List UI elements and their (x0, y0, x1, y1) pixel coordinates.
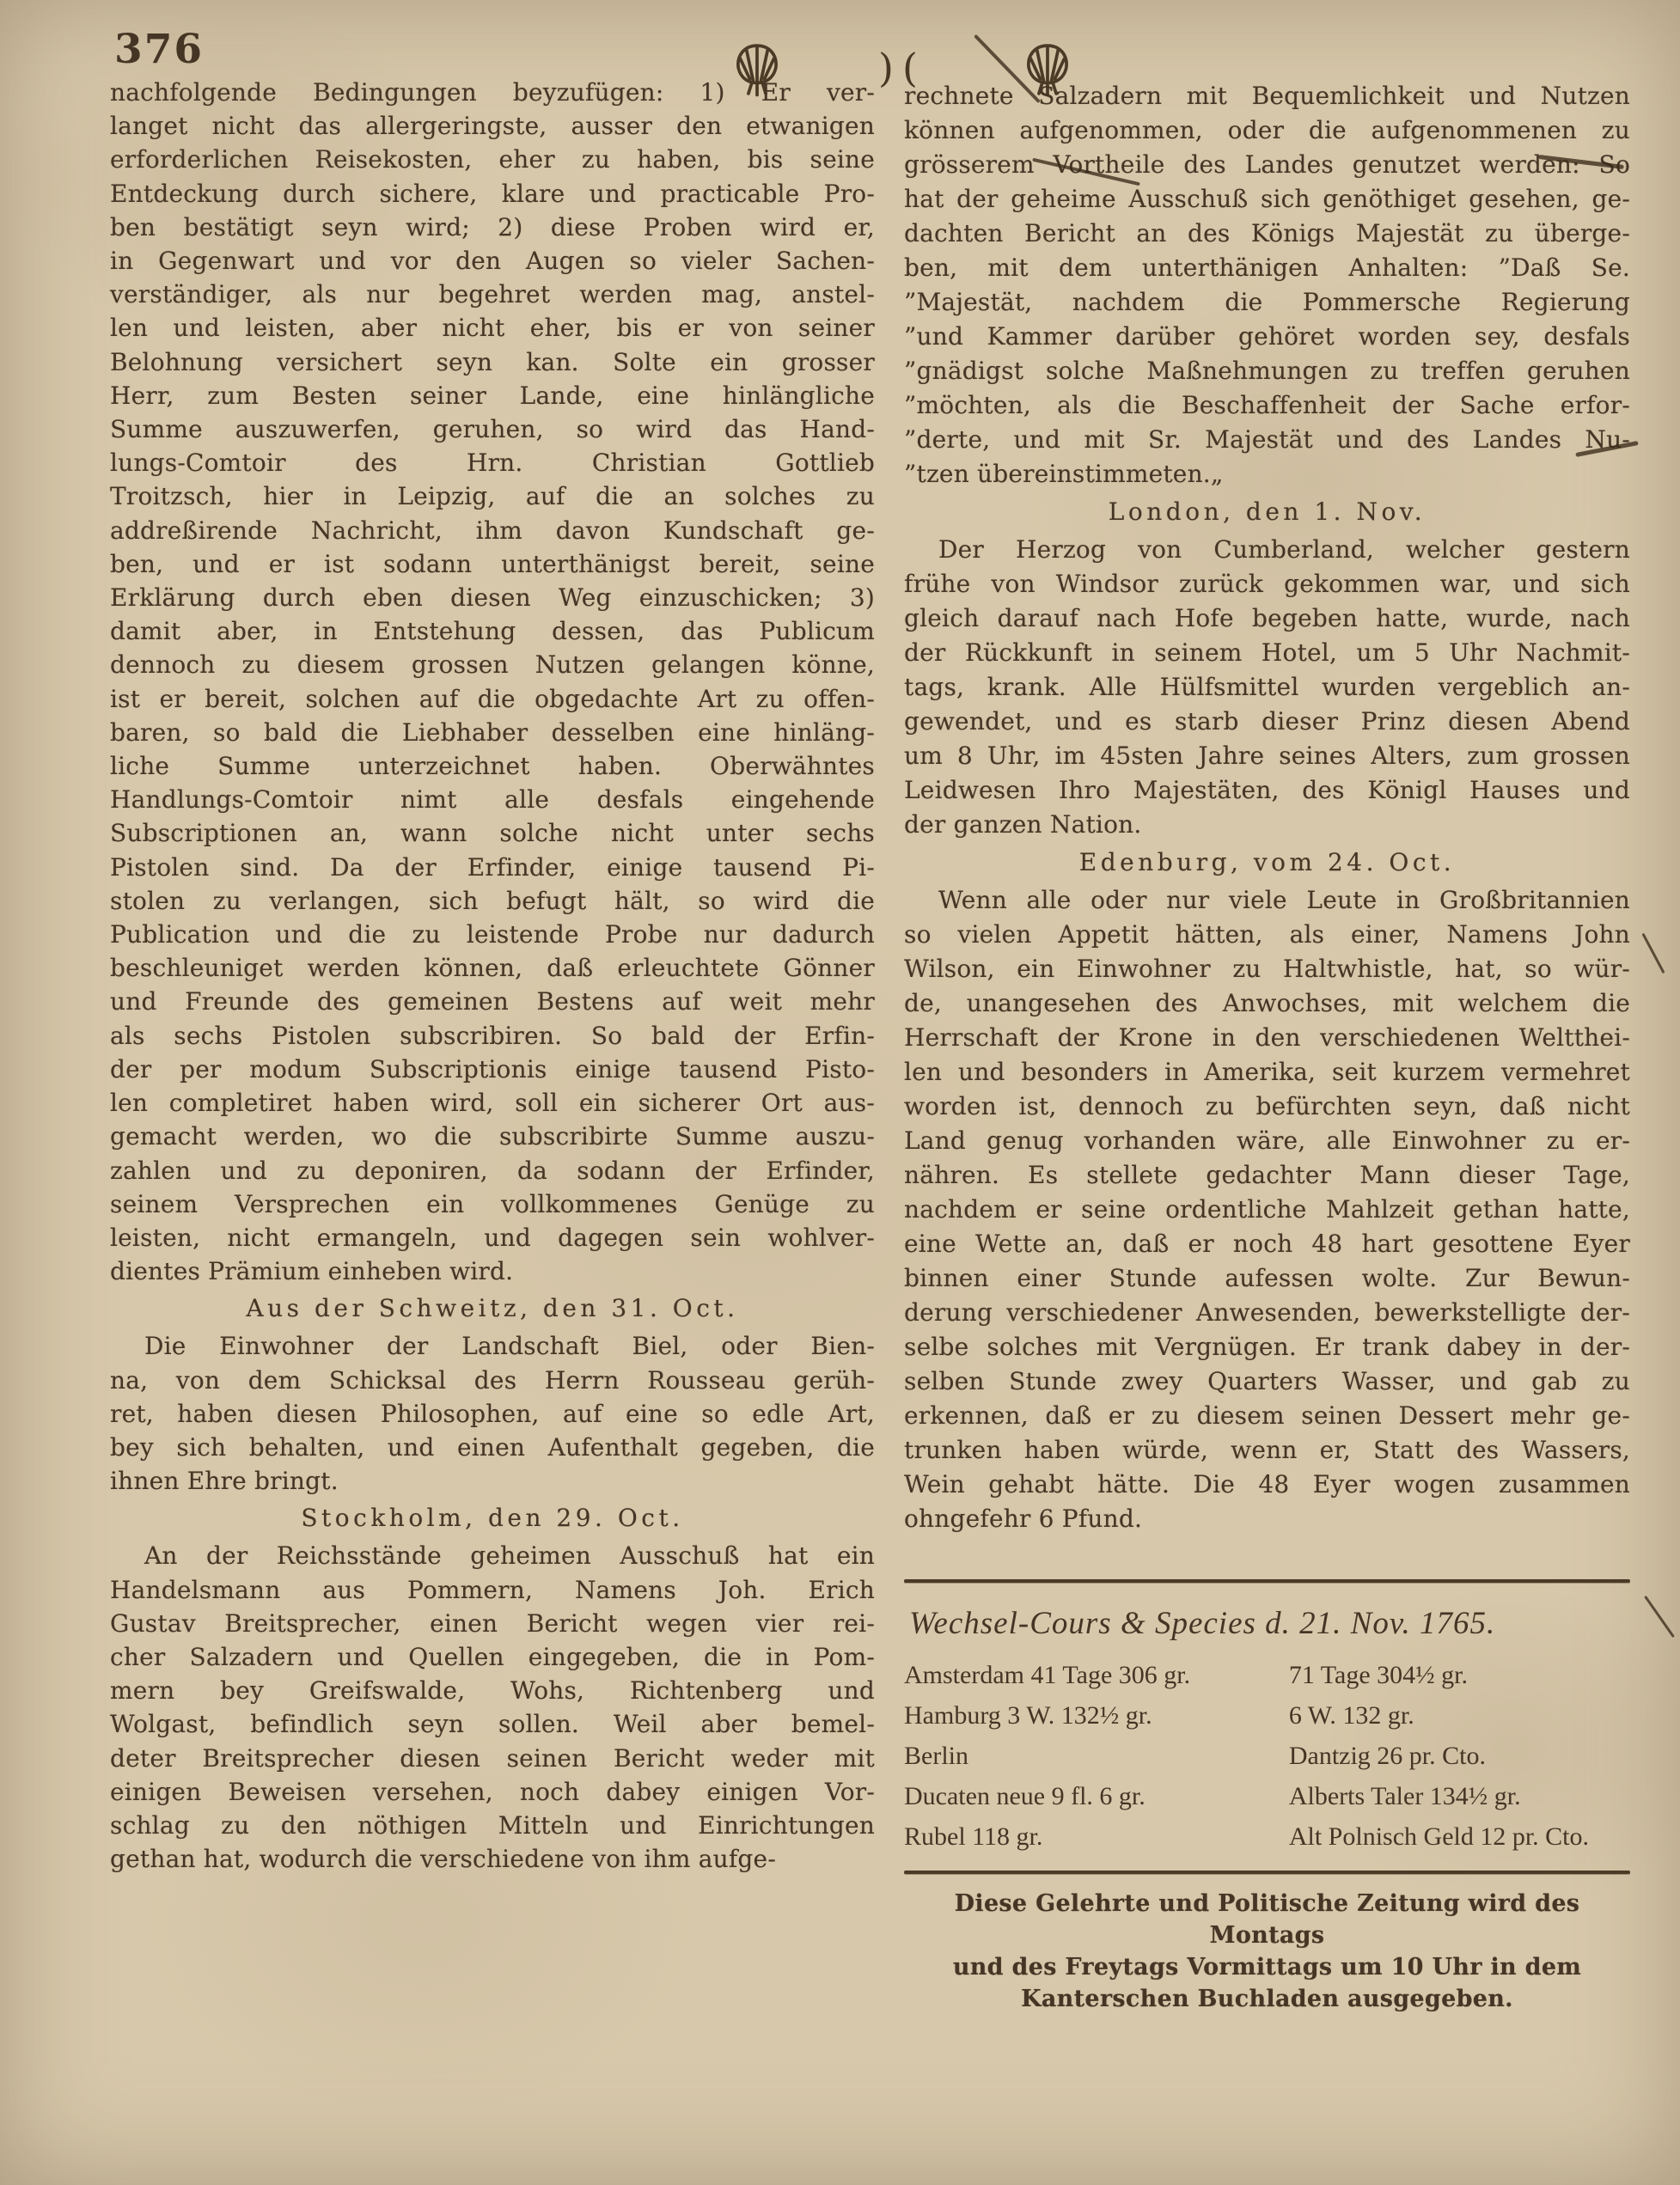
section-divider-rule (904, 1579, 1630, 1583)
text-line: Herrschaft der Krone in den verschiedene… (904, 1021, 1630, 1055)
text-line: erforderlichen Reisekosten, eher zu habe… (110, 143, 875, 176)
text-line: cher Salzadern und Quellen eingegeben, d… (110, 1640, 875, 1674)
text-line: nähren. Es stellete gedachter Mann diese… (904, 1158, 1630, 1193)
exchange-cell-left: Berlin (904, 1736, 1289, 1776)
exchange-cell-right: Alberts Taler 134½ gr. (1289, 1776, 1630, 1816)
colophon-line: Kanterschen Buchladen ausgegeben. (904, 1983, 1630, 2015)
text-line: An der Reichsstände geheimen Ausschuß ha… (110, 1539, 875, 1572)
text-line: ben bestätigt seyn wird; 2) diese Proben… (110, 211, 875, 244)
text-line: Entdeckung durch sichere, klare und prac… (110, 177, 875, 211)
text-line: schlag zu den nöthigen Mitteln und Einri… (110, 1809, 875, 1842)
text-line: ”Majestät, nachdem die Pommersche Regier… (904, 285, 1630, 320)
colophon: Diese Gelehrte und Politische Zeitung wi… (904, 1888, 1630, 2015)
exchange-row: Ducaten neue 9 fl. 6 gr.Alberts Taler 13… (904, 1776, 1630, 1816)
text-line: verständiger, als nur begehret werden ma… (110, 278, 875, 311)
text-line: worden ist, dennoch zu befürchten seyn, … (904, 1089, 1630, 1124)
text-line: Wolgast, befindlich seyn sollen. Weil ab… (110, 1707, 875, 1741)
text-line: Herr, zum Besten seiner Lande, eine hinl… (110, 379, 875, 412)
text-line: erkennen, daß er zu diesem seinen Desser… (904, 1399, 1630, 1433)
text-line: zahlen und zu deponiren, da sodann der E… (110, 1154, 875, 1187)
exchange-title: Wechsel-Cours & Species d. 21. Nov. 1765… (909, 1600, 1630, 1648)
text-line: Erklärung durch eben diesen Weg einzusch… (110, 581, 875, 614)
right-column: rechnete Salzadern mit Bequemlichkeit un… (904, 79, 1630, 2015)
text-line: Troitzsch, hier in Leipzig, auf die an s… (110, 479, 875, 513)
dateline-heading: London, den 1. Nov. (904, 493, 1630, 531)
text-line: trunken haben würde, wenn er, Statt des … (904, 1433, 1630, 1468)
text-line: ”gnädigst solche Maßnehmungen zu treffen… (904, 354, 1630, 388)
text-line: grösserem Vortheile des Landes genutzet … (904, 148, 1630, 182)
colophon-line: und des Freytags Vormittags um 10 Uhr in… (904, 1951, 1630, 1983)
text-line: bey sich behalten, und einen Aufenthalt … (110, 1431, 875, 1464)
dateline-heading: Aus der Schweitz, den 31. Oct. (110, 1290, 875, 1327)
text-line: nachdem er seine ordentliche Mahlzeit ge… (904, 1193, 1630, 1227)
text-line: baren, so bald die Liebhaber desselben e… (110, 716, 875, 749)
text-line: Leidwesen Ihro Majestäten, des Königl Ha… (904, 773, 1630, 808)
text-line: de, unangesehen des Anwochses, mit welch… (904, 986, 1630, 1021)
text-line: Publication und die zu leistende Probe n… (110, 918, 875, 951)
text-line: der ganzen Nation. (904, 808, 1630, 842)
text-line: Die Einwohner der Landschaft Biel, oder … (110, 1329, 875, 1363)
text-line: ”und Kammer darüber gehöret worden sey, … (904, 320, 1630, 354)
exchange-cell-left: Amsterdam 41 Tage 306 gr. (904, 1655, 1289, 1695)
text-line: der Rückkunft in seinem Hotel, um 5 Uhr … (904, 636, 1630, 670)
exchange-cell-left: Ducaten neue 9 fl. 6 gr. (904, 1776, 1289, 1816)
ink-stroke (1644, 1596, 1675, 1638)
text-line: deter Breitsprecher diesen seinen Berich… (110, 1742, 875, 1775)
text-line: Pistolen sind. Da der Erfinder, einige t… (110, 851, 875, 884)
text-line: len und leisten, aber nicht eher, bis er… (110, 311, 875, 345)
text-line: und Freunde des gemeinen Bestens auf wei… (110, 985, 875, 1018)
text-line: selbe solches mit Vergnügen. Er trank da… (904, 1330, 1630, 1364)
text-line: dientes Prämium einheben wird. (110, 1254, 875, 1288)
text-line: derung verschiedener Anwesenden, bewerks… (904, 1296, 1630, 1330)
text-line: ”derte, und mit Sr. Majestät und des Lan… (904, 423, 1630, 457)
text-line: liche Summe unterzeichnet haben. Oberwäh… (110, 749, 875, 783)
text-line: binnen einer Stunde aufessen wolte. Zur … (904, 1261, 1630, 1296)
text-line: mern bey Greifswalde, Wohs, Richtenberg … (110, 1674, 875, 1707)
text-line: gethan hat, wodurch die verschiedene von… (110, 1842, 875, 1876)
text-line: rechnete Salzadern mit Bequemlichkeit un… (904, 79, 1630, 113)
text-line: Handelsmann aus Pommern, Namens Joh. Eri… (110, 1573, 875, 1607)
text-line: beschleuniget werden können, daß erleuch… (110, 951, 875, 985)
text-line: damit aber, in Entstehung dessen, das Pu… (110, 614, 875, 648)
text-line: leisten, nicht ermangeln, und dagegen se… (110, 1221, 875, 1254)
text-line: Handlungs-Comtoir nimt alle desfals eing… (110, 783, 875, 816)
text-line: na, von dem Schicksal des Herrn Rousseau… (110, 1364, 875, 1397)
text-line: ret, haben diesen Philosophen, auf eine … (110, 1397, 875, 1431)
text-line: in Gegenwart und vor den Augen so vieler… (110, 244, 875, 278)
section-divider-rule (904, 1871, 1630, 1874)
exchange-cell-right: 6 W. 132 gr. (1289, 1695, 1630, 1736)
text-line: eine Wette an, daß er noch 48 hart gesot… (904, 1227, 1630, 1261)
text-line: ihnen Ehre bringt. (110, 1464, 875, 1498)
text-line: ”möchten, als die Beschaffenheit der Sac… (904, 388, 1630, 423)
text-line: Wenn alle oder nur viele Leute in Großbr… (904, 883, 1630, 918)
text-line: Gustav Breitsprecher, einen Bericht wege… (110, 1607, 875, 1640)
text-line: len und besonders in Amerika, seit kurze… (904, 1055, 1630, 1089)
text-line: Summe auszuwerfen, geruhen, so wird das … (110, 412, 875, 446)
text-line: Land genug vorhanden wäre, alle Einwohne… (904, 1124, 1630, 1158)
text-line: tags, krank. Alle Hülfsmittel wurden ver… (904, 670, 1630, 705)
exchange-cell-right: Alt Polnisch Geld 12 pr. Cto. (1289, 1816, 1630, 1857)
text-line: selben Stunde zwey Quarters Wasser, und … (904, 1364, 1630, 1399)
text-line: einigen Beweisen versehen, noch dabey ei… (110, 1775, 875, 1809)
text-line: der per modum Subscriptionis einige taus… (110, 1053, 875, 1086)
text-line: langet nicht das allergeringste, ausser … (110, 109, 875, 143)
text-line: dachten Bericht an des Königs Majestät z… (904, 217, 1630, 251)
text-line: Wein gehabt hätte. Die 48 Eyer wogen zus… (904, 1468, 1630, 1502)
text-line: frühe von Windsor zurück gekommen war, u… (904, 567, 1630, 601)
exchange-row: BerlinDantzig 26 pr. Cto. (904, 1736, 1630, 1776)
text-line: um 8 Uhr, im 45sten Jahre seines Alters,… (904, 739, 1630, 773)
text-line: addreßirende Nachricht, ihm davon Kundsc… (110, 514, 875, 547)
text-line: so vielen Appetit hätten, als einer, Nam… (904, 918, 1630, 952)
text-line: len completiret haben wird, soll ein sic… (110, 1086, 875, 1120)
colophon-line: Diese Gelehrte und Politische Zeitung wi… (904, 1888, 1630, 1951)
text-line: gleich darauf nach Hofe begeben hatte, w… (904, 601, 1630, 636)
dateline-heading: Stockholm, den 29. Oct. (110, 1499, 875, 1537)
text-line: hat der geheime Ausschuß sich genöthiget… (904, 182, 1630, 217)
text-line: gemacht werden, wo die subscribirte Summ… (110, 1120, 875, 1153)
text-line: Wilson, ein Einwohner zu Haltwhistle, ha… (904, 952, 1630, 986)
text-line: seinem Versprechen ein vollkommenes Genü… (110, 1187, 875, 1221)
text-line: nachfolgende Bedingungen beyzufügen: 1) … (110, 76, 875, 109)
text-line: ben, und er ist sodann unterthänigst ber… (110, 547, 875, 581)
text-line: ist er bereit, solchen auf die obgedacht… (110, 682, 875, 716)
page-number: 376 (114, 26, 204, 73)
text-line: ”tzen übereinstimmeten.„ (904, 457, 1630, 491)
text-line: ohngefehr 6 Pfund. (904, 1502, 1630, 1536)
exchange-cell-right: 71 Tage 304½ gr. (1289, 1655, 1630, 1695)
text-line: stolen zu verlangen, sich befugt hält, s… (110, 884, 875, 918)
text-line: Subscriptionen an, wann solche nicht unt… (110, 816, 875, 850)
exchange-row: Rubel 118 gr.Alt Polnisch Geld 12 pr. Ct… (904, 1816, 1630, 1857)
text-line: Belohnung versichert seyn kan. Solte ein… (110, 345, 875, 379)
newspaper-page: 376 )( nachfol (0, 0, 1680, 2185)
text-line: können aufgenommen, oder die aufgenommen… (904, 113, 1630, 148)
exchange-cell-right: Dantzig 26 pr. Cto. (1289, 1736, 1630, 1776)
text-line: gewendet, und es starb dieser Prinz dies… (904, 705, 1630, 739)
text-line: als sechs Pistolen subscribiren. So bald… (110, 1019, 875, 1053)
text-line: Der Herzog von Cumberland, welcher geste… (904, 533, 1630, 567)
left-column: nachfolgende Bedingungen beyzufügen: 1) … (110, 76, 875, 1876)
text-line: dennoch zu diesem grossen Nutzen gelange… (110, 648, 875, 681)
ink-stroke (1641, 933, 1665, 973)
exchange-row: Hamburg 3 W. 132½ gr.6 W. 132 gr. (904, 1695, 1630, 1736)
dateline-heading: Edenburg, vom 24. Oct. (904, 844, 1630, 882)
text-line: lungs-Comtoir des Hrn. Christian Gottlie… (110, 446, 875, 479)
exchange-cell-left: Rubel 118 gr. (904, 1816, 1289, 1857)
text-line: ben, mit dem unterthänigen Anhalten: ”Da… (904, 251, 1630, 285)
exchange-cell-left: Hamburg 3 W. 132½ gr. (904, 1695, 1289, 1736)
exchange-row: Amsterdam 41 Tage 306 gr.71 Tage 304½ gr… (904, 1655, 1630, 1695)
